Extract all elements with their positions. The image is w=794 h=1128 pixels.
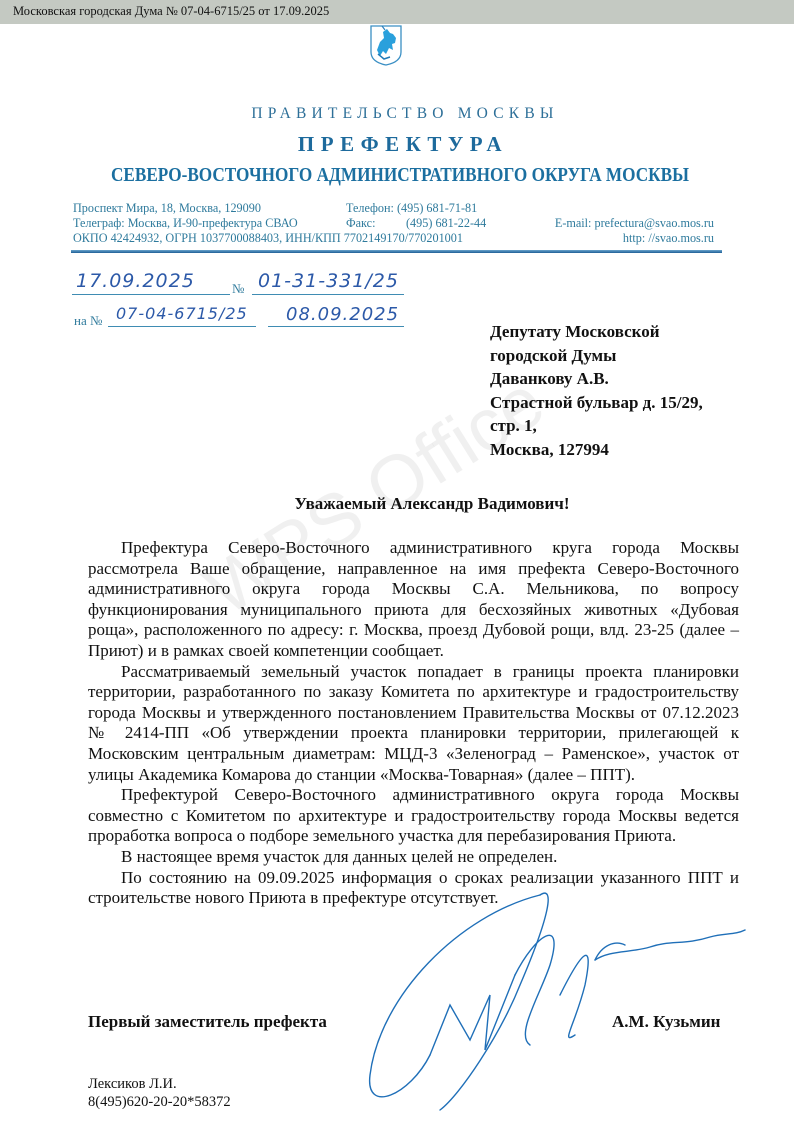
paragraph: Префектурой Северо-Восточного администра… <box>88 785 739 847</box>
signatory-name: А.М. Кузьмин <box>612 1012 720 1032</box>
government-title: ПРАВИТЕЛЬСТВО МОСКВЫ <box>8 105 794 123</box>
phone-value: (495) 681-71-81 <box>397 201 477 215</box>
paragraph: По состоянию на 09.09.2025 информация о … <box>88 868 739 909</box>
date-underline <box>72 294 230 295</box>
contact-registry: ОКПО 42424932, ОГРН 1037700088403, ИНН/К… <box>73 231 463 246</box>
reply-number-underline <box>108 326 256 327</box>
outgoing-date: 17.09.2025 <box>76 270 195 292</box>
prefecture-title: ПРЕФЕКТУРА <box>6 132 794 157</box>
paragraph: Префектура Северо-Восточного администрат… <box>88 538 739 662</box>
number-label: № <box>232 281 244 297</box>
executor-name: Лексиков Л.И. <box>88 1075 231 1093</box>
phone-label: Телефон: <box>346 201 394 215</box>
reply-date: 08.09.2025 <box>286 304 399 325</box>
contact-email: E-mail: prefectura@svao.mos.ru <box>534 216 714 231</box>
fax-label: Факс: <box>346 216 406 231</box>
signatory-position: Первый заместитель префекта <box>88 1012 327 1032</box>
reply-date-underline <box>268 326 404 327</box>
reply-number: 07-04-6715/25 <box>116 304 248 323</box>
contact-phones: Телефон: (495) 681-71-81 Факс:(495) 681-… <box>346 201 486 231</box>
handwritten-signature-icon <box>340 875 760 1125</box>
recipient-line: Депутату Московской <box>490 320 703 344</box>
fax-value: (495) 681-22-44 <box>406 216 486 230</box>
district-title: СЕВЕРО-ВОСТОЧНОГО АДМИНИСТРАТИВНОГО ОКРУ… <box>59 164 742 187</box>
registration-stamp-bar: Московская городская Дума № 07-04-6715/2… <box>0 0 794 24</box>
outgoing-number: 01-31-331/25 <box>258 270 399 292</box>
recipient-line: городской Думы <box>490 344 703 368</box>
number-underline <box>252 294 404 295</box>
greeting: Уважаемый Александр Вадимович! <box>0 494 794 514</box>
letterhead-divider <box>71 250 722 253</box>
moscow-coat-of-arms-icon <box>369 24 403 66</box>
contact-website: http: //svao.mos.ru <box>534 231 714 246</box>
letter-body: Префектура Северо-Восточного администрат… <box>88 538 739 909</box>
executor-info: Лексиков Л.И. 8(495)620-20-20*58372 <box>88 1075 231 1111</box>
executor-phone: 8(495)620-20-20*58372 <box>88 1093 231 1111</box>
reply-number-label: на № <box>74 313 102 329</box>
paragraph: Рассматриваемый земельный участок попада… <box>88 662 739 786</box>
paragraph: В настоящее время участок для данных цел… <box>88 847 739 868</box>
contact-online: E-mail: prefectura@svao.mos.ru http: //s… <box>534 216 714 246</box>
registration-stamp: Московская городская Дума № 07-04-6715/2… <box>13 4 329 19</box>
